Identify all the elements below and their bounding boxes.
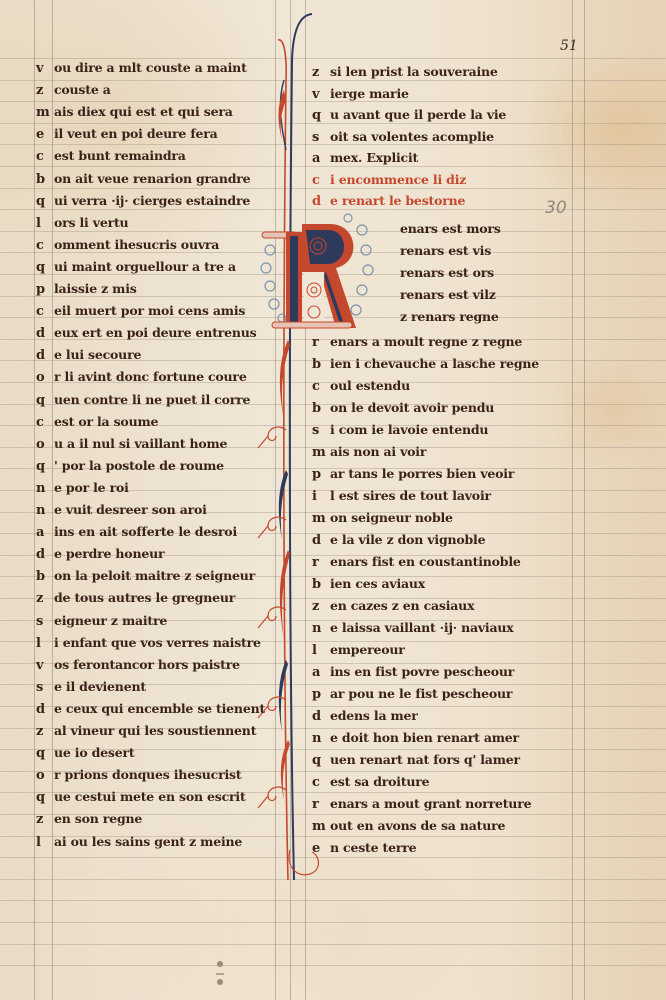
- verse-line: zde tous autres le gregneur: [36, 588, 235, 608]
- verse-text: ierge marie: [330, 86, 409, 101]
- verse-initial: d: [312, 531, 330, 551]
- verse-initial: m: [312, 443, 330, 463]
- verse-line: plaissie z mis: [36, 279, 137, 299]
- verse-initial: b: [312, 355, 330, 375]
- verse-text: couste a: [54, 82, 111, 97]
- verse-initial: z: [36, 81, 54, 101]
- verse-text: est bunt remaindra: [54, 148, 186, 163]
- verse-line: soit sa volentes acomplie: [312, 127, 494, 147]
- verse-line: renars a moult regne z regne: [312, 332, 522, 352]
- verse-text: ai ou les sains gent z meine: [54, 834, 242, 849]
- verse-line: cest sa droiture: [312, 772, 429, 792]
- verse-text: en son regne: [54, 811, 142, 826]
- verse-initial: q: [36, 744, 54, 764]
- verse-text: uen renart nat fors q' lamer: [330, 752, 520, 767]
- verse-initial: n: [36, 501, 54, 521]
- verse-line: quen renart nat fors q' lamer: [312, 750, 520, 770]
- verse-initial: b: [312, 399, 330, 419]
- verse-text: eigneur z maitre: [54, 613, 167, 628]
- verse-line: mais diex qui est et qui sera: [36, 102, 233, 122]
- verse-text: renars est ors: [400, 265, 494, 280]
- verse-initial: o: [36, 435, 54, 455]
- verse-line: eil veut en poi deure fera: [36, 124, 218, 144]
- verse-text: r prions donques ihesucrist: [54, 767, 241, 782]
- verse-text: oit sa volentes acomplie: [330, 129, 494, 144]
- verse-line: si com ie lavoie entendu: [312, 420, 488, 440]
- verse-initial: n: [312, 619, 330, 639]
- verse-text: e ceux qui encemble se tienent: [54, 701, 265, 716]
- verse-initial: p: [312, 685, 330, 705]
- verse-line: renars est ors: [400, 263, 494, 283]
- verse-line: ne doit hon bien renart amer: [312, 728, 519, 748]
- verse-text: e doit hon bien renart amer: [330, 730, 519, 745]
- verse-text: ui verra ·ij· cierges estaindre: [54, 193, 250, 208]
- verse-line: coul estendu: [312, 376, 410, 396]
- verse-text: os ferontancor hors paistre: [54, 657, 240, 672]
- verse-text: edens la mer: [330, 708, 418, 723]
- verse-initial: l: [36, 833, 54, 853]
- verse-initial: i: [312, 487, 330, 507]
- folio-number: 51: [560, 38, 578, 54]
- verse-text: z renars regne: [400, 309, 499, 324]
- verse-line: ains en ait sofferte le desroi: [36, 522, 237, 542]
- verse-text: ue io desert: [54, 745, 134, 760]
- verse-initial: b: [36, 170, 54, 190]
- verse-line: se il devienent: [36, 677, 146, 697]
- verse-initial: z: [36, 722, 54, 742]
- verse-text: al vineur qui les soustiennent: [54, 723, 256, 738]
- verse-initial: v: [36, 656, 54, 676]
- ruling-column-line: [584, 0, 585, 1000]
- verse-line: renars fist en coustantinoble: [312, 552, 521, 572]
- verse-text: ar pou ne le fist pescheour: [330, 686, 512, 701]
- verse-initial: q: [36, 457, 54, 477]
- verse-text: e laissa vaillant ·ij· naviaux: [330, 620, 514, 635]
- verse-text: i encommence li diz: [330, 172, 466, 187]
- verse-text: i com ie lavoie entendu: [330, 422, 488, 437]
- verse-line: par tans le porres bien veoir: [312, 464, 514, 484]
- verse-text: ien ces aviaux: [330, 576, 425, 591]
- verse-initial: p: [312, 465, 330, 485]
- verse-text: ou dire a mlt couste a maint: [54, 60, 247, 75]
- verse-line: mout en avons de sa nature: [312, 816, 505, 836]
- verse-line: cest bunt remaindra: [36, 146, 186, 166]
- verse-initial: l: [312, 641, 330, 661]
- verse-line: vierge marie: [312, 84, 409, 104]
- verse-text: ais diex qui est et qui sera: [54, 104, 233, 119]
- verse-text: on le devoit avoir pendu: [330, 400, 494, 415]
- verse-line: ains en fist povre pescheour: [312, 662, 514, 682]
- verse-line: zsi len prist la souveraine: [312, 62, 498, 82]
- verse-line: que cestui mete en son escrit: [36, 787, 246, 807]
- verse-text: n ceste terre: [330, 840, 416, 855]
- verse-initial: z: [36, 810, 54, 830]
- verse-text: renars est vis: [400, 243, 491, 258]
- verse-initial: e: [36, 125, 54, 145]
- verse-text: e perdre honeur: [54, 546, 164, 561]
- verse-line: zal vineur qui les soustiennent: [36, 721, 256, 741]
- verse-text: e lui secoure: [54, 347, 141, 362]
- verse-text: oul estendu: [330, 378, 410, 393]
- verse-line: ou a il nul si vaillant home: [36, 434, 227, 454]
- verse-initial: c: [312, 377, 330, 397]
- verse-text: empereour: [330, 642, 405, 657]
- ruling-line: [0, 965, 666, 966]
- verse-line: de la vile z don vignoble: [312, 530, 485, 550]
- line-count-marker: 30: [545, 198, 567, 218]
- verse-line: bon ait veue renarion grandre: [36, 169, 250, 189]
- verse-line: deux ert en poi deure entrenus: [36, 323, 257, 343]
- verse-text: u a il nul si vaillant home: [54, 436, 227, 451]
- verse-text: on la peloit maitre z seigneur: [54, 568, 255, 583]
- verse-initial: a: [312, 149, 330, 169]
- verse-line: or li avint donc fortune coure: [36, 367, 247, 387]
- verse-line: bon la peloit maitre z seigneur: [36, 566, 255, 586]
- verse-initial: p: [36, 280, 54, 300]
- verse-line: renars est vis: [400, 241, 491, 261]
- verse-line: bien ces aviaux: [312, 574, 425, 594]
- verse-text: u avant que il perde la vie: [330, 107, 506, 122]
- verse-line: lempereour: [312, 640, 405, 660]
- verse-line: vou dire a mlt couste a maint: [36, 58, 247, 78]
- ruling-line: [0, 922, 666, 923]
- verse-initial: d: [36, 700, 54, 720]
- verse-line: que io desert: [36, 743, 134, 763]
- verse-text: i enfant que vos verres naistre: [54, 635, 261, 650]
- verse-line: lai ou les sains gent z meine: [36, 832, 242, 852]
- verse-line: de renart le bestorne: [312, 191, 465, 211]
- verse-text: out en avons de sa nature: [330, 818, 505, 833]
- verse-initial: d: [312, 707, 330, 727]
- verse-initial: b: [36, 567, 54, 587]
- verse-line: cest or la soume: [36, 412, 158, 432]
- verse-initial: q: [36, 258, 54, 278]
- verse-text: on seigneur noble: [330, 510, 453, 525]
- verse-initial: z: [36, 589, 54, 609]
- verse-initial: o: [36, 766, 54, 786]
- verse-text: e renart le bestorne: [330, 193, 465, 208]
- verse-line: zen cazes z en casiaux: [312, 596, 474, 616]
- verse-initial: s: [312, 128, 330, 148]
- verse-text: ien i chevauche a lasche regne: [330, 356, 539, 371]
- verse-line: quen contre li ne puet il corre: [36, 390, 250, 410]
- verse-initial: q: [312, 106, 330, 126]
- verse-text: ais non ai voir: [330, 444, 426, 459]
- verse-line: ne vuit desreer son aroi: [36, 500, 207, 520]
- verse-text: ue cestui mete en son escrit: [54, 789, 246, 804]
- verse-line: zcouste a: [36, 80, 111, 100]
- verse-initial: c: [36, 413, 54, 433]
- verse-text: eil muert por moi cens amis: [54, 303, 245, 318]
- verse-text: enars fist en coustantinoble: [330, 554, 521, 569]
- verse-initial: z: [312, 63, 330, 83]
- ruling-line: [0, 879, 666, 880]
- verse-initial: l: [36, 634, 54, 654]
- verse-line: z renars regne: [400, 307, 499, 327]
- illuminated-initial-r-icon: [258, 210, 376, 335]
- verse-initial: d: [36, 324, 54, 344]
- verse-text: e il devienent: [54, 679, 146, 694]
- verse-line: qui verra ·ij· cierges estaindre: [36, 191, 250, 211]
- verse-initial: b: [312, 575, 330, 595]
- verse-line: ceil muert por moi cens amis: [36, 301, 245, 321]
- verse-initial: r: [312, 553, 330, 573]
- verse-line: comment ihesucris ouvra: [36, 235, 219, 255]
- verse-initial: m: [312, 509, 330, 529]
- verse-initial: d: [36, 545, 54, 565]
- verse-initial: v: [36, 59, 54, 79]
- verse-line: q' por la postole de roume: [36, 456, 224, 476]
- verse-text: en cazes z en casiaux: [330, 598, 474, 613]
- verse-line: li enfant que vos verres naistre: [36, 633, 261, 653]
- ruling-line: [0, 944, 666, 945]
- verse-text: e por le roi: [54, 480, 129, 495]
- ruling-column-line: [572, 0, 573, 1000]
- verse-text: enars est mors: [400, 221, 501, 236]
- verse-initial: s: [36, 612, 54, 632]
- verse-line: qui maint orguellour a tre a: [36, 257, 236, 277]
- verse-text: mex. Explicit: [330, 150, 418, 165]
- verse-initial: z: [312, 597, 330, 617]
- verse-initial: c: [36, 236, 54, 256]
- verse-text: eux ert en poi deure entrenus: [54, 325, 257, 340]
- verse-text: e la vile z don vignoble: [330, 532, 485, 547]
- verse-text: ins en ait sofferte le desroi: [54, 524, 237, 539]
- pen-flourished-border: [250, 0, 320, 890]
- verse-initial: l: [36, 214, 54, 234]
- verse-line: mais non ai voir: [312, 442, 426, 462]
- verse-line: ne laissa vaillant ·ij· naviaux: [312, 618, 514, 638]
- verse-text: e vuit desreer son aroi: [54, 502, 207, 517]
- verse-initial: v: [312, 85, 330, 105]
- verse-initial: a: [312, 663, 330, 683]
- verse-initial: q: [312, 751, 330, 771]
- verse-line: qu avant que il perde la vie: [312, 105, 506, 125]
- verse-text: est sa droiture: [330, 774, 429, 789]
- verse-line: ci encommence li diz: [312, 170, 466, 190]
- verse-text: est or la soume: [54, 414, 158, 429]
- verse-line: de ceux qui encemble se tienent: [36, 699, 265, 719]
- verse-text: ins en fist povre pescheour: [330, 664, 514, 679]
- verse-line: renars est vilz: [400, 285, 496, 305]
- verse-line: de lui secoure: [36, 345, 141, 365]
- verse-initial: e: [312, 839, 330, 859]
- verse-initial: q: [36, 192, 54, 212]
- verse-line: amex. Explicit: [312, 148, 418, 168]
- verse-line: or prions donques ihesucrist: [36, 765, 241, 785]
- verse-text: enars a moult regne z regne: [330, 334, 522, 349]
- verse-line: bon le devoit avoir pendu: [312, 398, 494, 418]
- verse-text: ui maint orguellour a tre a: [54, 259, 236, 274]
- verse-text: ors li vertu: [54, 215, 128, 230]
- manuscript-page: 51 30: [0, 0, 666, 1000]
- verse-initial: a: [36, 523, 54, 543]
- verse-text: on ait veue renarion grandre: [54, 171, 250, 186]
- verse-text: ar tans le porres bien veoir: [330, 466, 514, 481]
- ruling-line: [0, 900, 666, 901]
- verse-line: enars est mors: [400, 219, 501, 239]
- verse-initial: d: [36, 346, 54, 366]
- verse-text: r li avint donc fortune coure: [54, 369, 247, 384]
- verse-text: de tous autres le gregneur: [54, 590, 235, 605]
- verse-text: l est sires de tout lavoir: [330, 488, 491, 503]
- verse-text: si len prist la souveraine: [330, 64, 498, 79]
- verse-line: lors li vertu: [36, 213, 128, 233]
- verse-initial: c: [36, 302, 54, 322]
- verse-line: bien i chevauche a lasche regne: [312, 354, 539, 374]
- verse-initial: r: [312, 795, 330, 815]
- verse-initial: c: [36, 147, 54, 167]
- verse-initial: c: [312, 773, 330, 793]
- verse-text: renars est vilz: [400, 287, 496, 302]
- verse-line: dedens la mer: [312, 706, 418, 726]
- verse-initial: s: [312, 421, 330, 441]
- catchword-mark-icon: [214, 958, 226, 988]
- verse-line: renars a mout grant norreture: [312, 794, 531, 814]
- verse-text: uen contre li ne puet il corre: [54, 392, 250, 407]
- verse-text: laissie z mis: [54, 281, 137, 296]
- ruling-column-line: [34, 0, 35, 1000]
- verse-line: il est sires de tout lavoir: [312, 486, 491, 506]
- verse-initial: n: [36, 479, 54, 499]
- verse-line: par pou ne le fist pescheour: [312, 684, 512, 704]
- verse-text: il veut en poi deure fera: [54, 126, 218, 141]
- verse-initial: m: [312, 817, 330, 837]
- verse-line: zen son regne: [36, 809, 142, 829]
- verse-initial: o: [36, 368, 54, 388]
- verse-line: mon seigneur noble: [312, 508, 453, 528]
- verse-initial: q: [36, 391, 54, 411]
- verse-initial: d: [312, 192, 330, 212]
- verse-text: ' por la postole de roume: [54, 458, 224, 473]
- verse-line: de perdre honeur: [36, 544, 164, 564]
- verse-initial: s: [36, 678, 54, 698]
- verse-text: enars a mout grant norreture: [330, 796, 531, 811]
- verse-line: en ceste terre: [312, 838, 416, 858]
- verse-text: omment ihesucris ouvra: [54, 237, 219, 252]
- verse-line: vos ferontancor hors paistre: [36, 655, 240, 675]
- verse-initial: n: [312, 729, 330, 749]
- verse-initial: c: [312, 171, 330, 191]
- verse-line: ne por le roi: [36, 478, 129, 498]
- verse-initial: q: [36, 788, 54, 808]
- verse-line: seigneur z maitre: [36, 611, 167, 631]
- verse-initial: m: [36, 103, 54, 123]
- verse-initial: r: [312, 333, 330, 353]
